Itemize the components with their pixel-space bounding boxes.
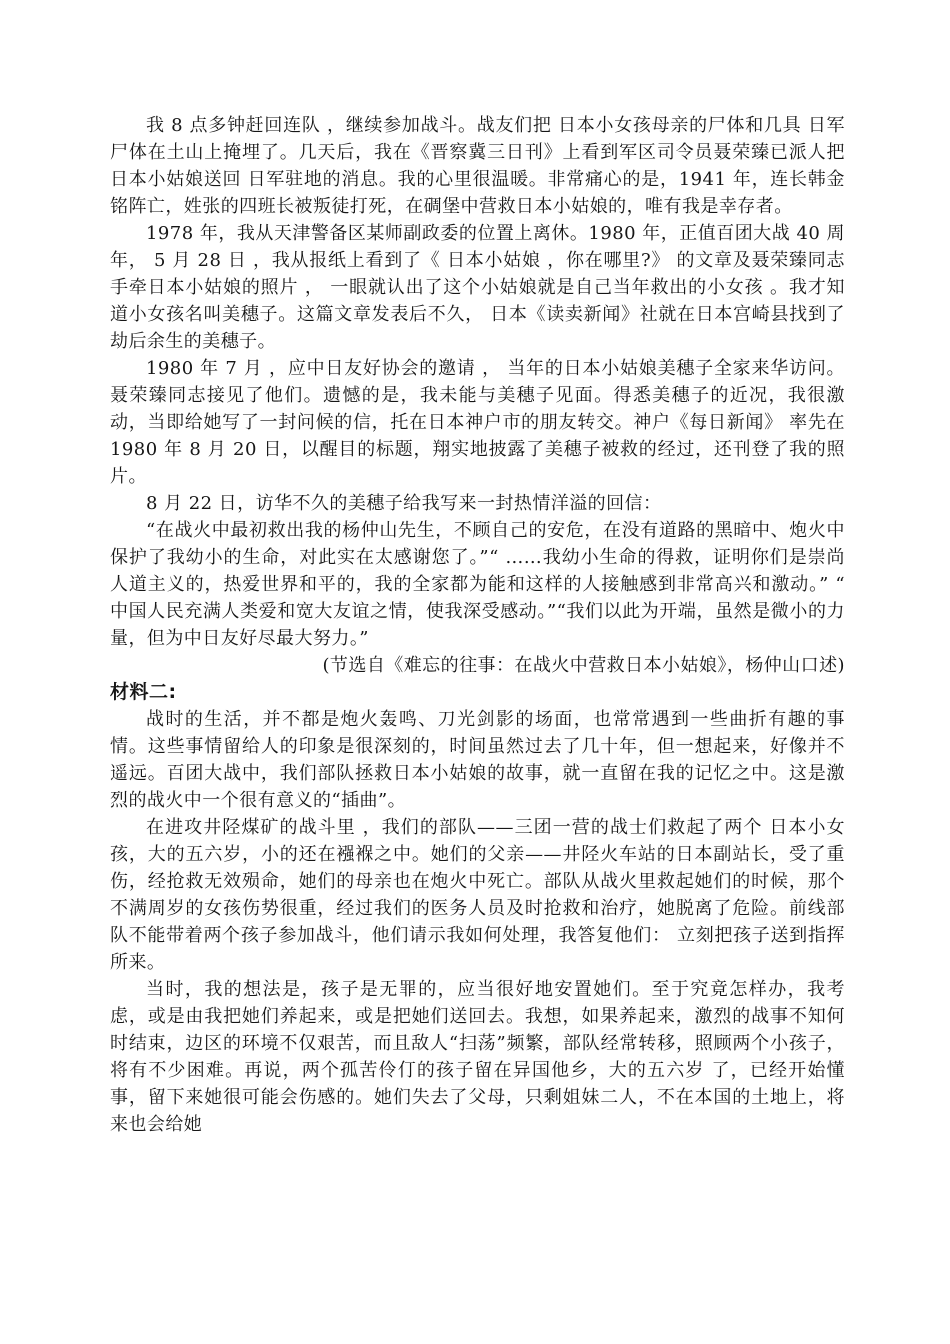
- source-attribution: (节选自《难忘的往事：在战火中营救日本小姑娘》，杨仲山口述): [110, 652, 845, 679]
- material-two-paragraph-2: 在进攻井陉煤矿的战斗里 ，我们的部队——三团一营的战士们救起了两个 日本小女孩，…: [110, 814, 845, 976]
- material-two-paragraph-1: 战时的生活，并不都是炮火轰鸣、刀光剑影的场面，也常常遇到一些曲折有趣的事情。这些…: [110, 706, 845, 814]
- material-two-section: 材料二: 战时的生活，并不都是炮火轰鸣、刀光剑影的场面，也常常遇到一些曲折有趣的…: [110, 679, 845, 1138]
- material-one-paragraph-2: 1978 年，我从天津警备区某师副政委的位置上离休。1980 年，正值百团大战 …: [110, 220, 845, 355]
- material-two-paragraph-3: 当时，我的想法是，孩子是无罪的，应当很好地安置她们。至于究竟怎样办，我考虑，或是…: [110, 976, 845, 1138]
- material-one-paragraph-3: 1980 年 7 月 ，应中日友好协会的邀请 ， 当年的日本小姑娘美穗子全家来华…: [110, 355, 845, 490]
- document-page: 我 8 点多钟赶回连队 ，继续参加战斗。战友们把 日本小女孩母亲的尸体和几具 日…: [0, 0, 950, 1344]
- page-background: { "document": { "material_one": { "parag…: [0, 0, 950, 1344]
- material-one-section: 我 8 点多钟赶回连队 ，继续参加战斗。战友们把 日本小女孩母亲的尸体和几具 日…: [110, 112, 845, 679]
- material-one-paragraph-1: 我 8 点多钟赶回连队 ，继续参加战斗。战友们把 日本小女孩母亲的尸体和几具 日…: [110, 112, 845, 220]
- material-one-letter-quote: “在战火中最初救出我的杨仲山先生，不顾自己的安危，在没有道路的黑暗中、炮火中保护…: [110, 517, 845, 652]
- material-one-paragraph-4: 8 月 22 日，访华不久的美穗子给我写来一封热情洋溢的回信：: [110, 490, 845, 517]
- material-two-heading: 材料二:: [110, 679, 845, 706]
